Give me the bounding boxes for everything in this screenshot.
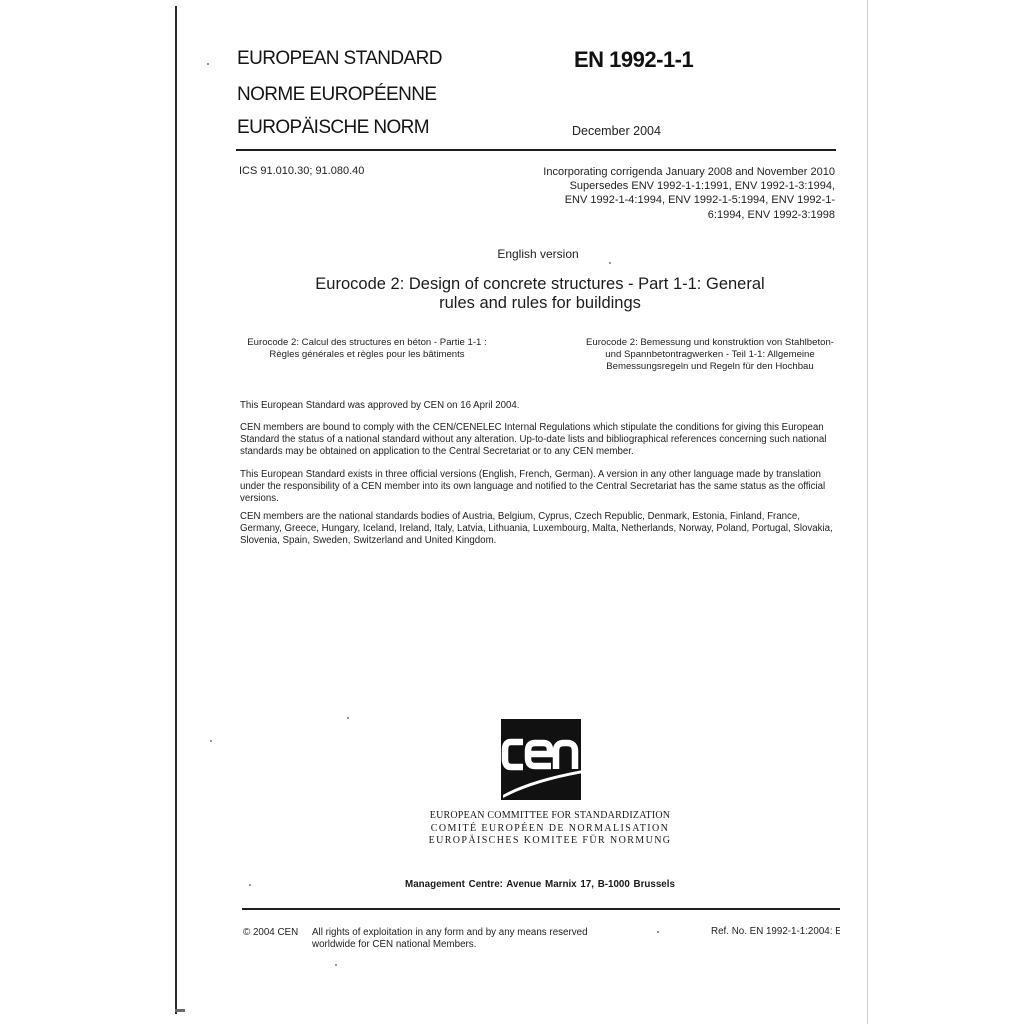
- versions-paragraph: This European Standard exists in three o…: [240, 469, 842, 506]
- committee-name-de: EUROPÄISCHES KOMITEE FÜR NORMUNG: [380, 835, 720, 848]
- page-left-edge: [175, 6, 177, 1014]
- compliance-paragraph: CEN members are bound to comply with the…: [240, 422, 842, 459]
- supersedes-line: 6:1994, ENV 1992-3:1998: [470, 208, 835, 222]
- title-line: Eurocode 2: Design of concrete structure…: [290, 275, 790, 294]
- title-french: Eurocode 2: Calcul des structures en bét…: [236, 337, 498, 361]
- header-divider: [236, 149, 836, 151]
- committee-name-fr: COMITÉ EUROPÉEN DE NORMALISATION: [380, 823, 720, 836]
- page-left-edge-corner: [175, 1009, 185, 1012]
- committee-names: EUROPEAN COMMITTEE FOR STANDARDIZATION C…: [380, 810, 720, 848]
- title-german-line: und Spannbetontragwerken - Teil 1-1: All…: [578, 349, 842, 361]
- rights-line: worldwide for CEN national Members.: [312, 939, 612, 951]
- publication-date: December 2004: [572, 124, 661, 138]
- cen-logo-icon: [501, 719, 581, 800]
- copyright: © 2004 CEN: [243, 927, 298, 938]
- version-label: English version: [0, 247, 1024, 261]
- document-number: EN 1992-1-1: [574, 47, 693, 73]
- scan-speck: [347, 717, 349, 719]
- title-german: Eurocode 2: Bemessung und konstruktion v…: [578, 337, 842, 373]
- scan-speck: [249, 884, 251, 886]
- scan-speck: [210, 740, 212, 742]
- standard-name-en: EUROPEAN STANDARD: [237, 48, 442, 70]
- page-right-edge: [867, 0, 868, 1024]
- reference-number: Ref. No. EN 1992-1-1:2004: E: [711, 926, 840, 937]
- rights-notice: All rights of exploitation in any form a…: [312, 927, 612, 951]
- document-title: Eurocode 2: Design of concrete structure…: [290, 275, 790, 313]
- title-german-line: Eurocode 2: Bemessung und konstruktion v…: [578, 337, 842, 349]
- scan-speck: [657, 931, 659, 933]
- standard-name-fr: NORME EUROPÉENNE: [237, 84, 436, 106]
- supersedes-line: Supersedes ENV 1992-1-1:1991, ENV 1992-1…: [470, 179, 835, 193]
- footer-divider: [242, 908, 840, 910]
- title-french-line: Règles générales et règles pour les bâti…: [236, 349, 498, 361]
- members-paragraph: CEN members are the national standards b…: [240, 511, 842, 548]
- title-german-line: Bemessungsregeln und Regeln für den Hoch…: [578, 361, 842, 373]
- scan-speck: [207, 63, 209, 65]
- supersedes-line: ENV 1992-1-4:1994, ENV 1992-1-5:1994, EN…: [470, 193, 835, 207]
- title-line: rules and rules for buildings: [290, 294, 790, 313]
- ics-codes: ICS 91.010.30; 91.080.40: [239, 165, 364, 177]
- scan-speck: [335, 964, 337, 966]
- corrigenda-note: Incorporating corrigenda January 2008 an…: [470, 165, 835, 179]
- rights-line: All rights of exploitation in any form a…: [312, 927, 612, 939]
- scan-speck: [609, 262, 611, 264]
- management-centre-address: Management Centre: Avenue Marnix 17, B-1…: [300, 879, 780, 890]
- committee-name-en: EUROPEAN COMMITTEE FOR STANDARDIZATION: [380, 810, 720, 823]
- approval-paragraph: This European Standard was approved by C…: [240, 400, 842, 412]
- supersedes-block: Incorporating corrigenda January 2008 an…: [470, 165, 835, 222]
- standard-name-de: EUROPÄISCHE NORM: [237, 117, 429, 139]
- title-french-line: Eurocode 2: Calcul des structures en bét…: [236, 337, 498, 349]
